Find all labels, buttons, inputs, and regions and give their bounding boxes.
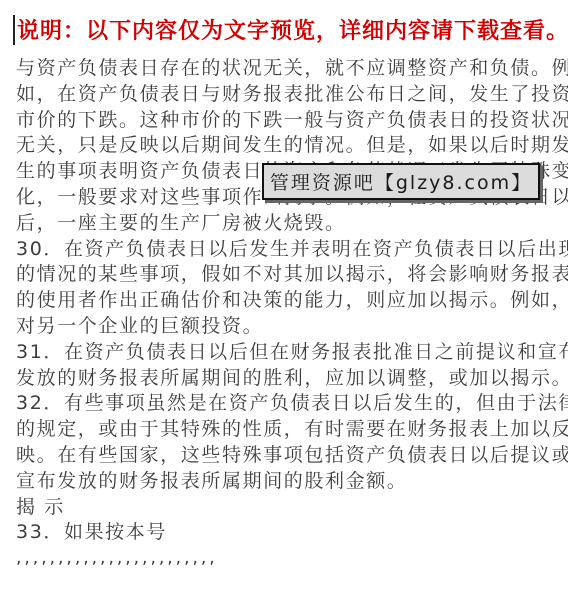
text-line: 的使用者作出正确估价和决策的能力，则应加以揭示。例如， — [16, 288, 568, 314]
text-line: 的规定，或由于其特殊的性质，有时需要在财务报表上加以反 — [16, 417, 568, 443]
text-cursor — [13, 15, 15, 45]
text-line: 后，一座主要的生产厂房被火烧毁。 — [16, 211, 568, 237]
text-line: 市价的下跌。这种市价的下跌一般与资产负债表日的投资状况 — [16, 108, 568, 134]
text-line: 32．有些事项虽然是在资产负债表日以后发生的，但由于法律 — [16, 391, 568, 417]
document-preview-page: 说明：以下内容仅为文字预览，详细内容请下载查看。 与资产负债表日存在的状况无关，… — [0, 0, 578, 600]
text-line: 33．如果按本号 — [16, 520, 568, 546]
text-line: ,,,,,,,,,,,,,,,,,,,,,,,, — [16, 546, 568, 572]
text-line: 发放的财务报表所属期间的胜利，应加以调整，或加以揭示。 — [16, 366, 568, 392]
text-line: 映。在有些国家，这些特殊事项包括资产负债表日以后提议或 — [16, 443, 568, 469]
text-line: 的情况的某些事项，假如不对其加以揭示，将会影响财务报表 — [16, 262, 568, 288]
text-line: 宣布发放的财务报表所属期间的股利金额。 — [16, 469, 568, 495]
text-line: 31．在资产负债表日以后但在财务报表批准日之前提议和宣布 — [16, 340, 568, 366]
document-body: 与资产负债表日存在的状况无关，就不应调整资产和负债。例如，在资产负债表日与财务报… — [16, 56, 568, 572]
watermark-badge: 管理资源吧【glzy8.com】 — [262, 163, 540, 200]
text-line: 与资产负债表日存在的状况无关，就不应调整资产和负债。例 — [16, 56, 568, 82]
preview-notice-row: 说明：以下内容仅为文字预览，详细内容请下载查看。 — [13, 14, 569, 45]
text-line: 揭 示 — [16, 495, 568, 521]
watermark-text: 管理资源吧【glzy8.com】 — [270, 168, 532, 195]
text-line: 30．在资产负债表日以后发生并表明在资产负债表日以后出现 — [16, 237, 568, 263]
text-line: 对另一个企业的巨额投资。 — [16, 314, 568, 340]
preview-notice: 说明：以下内容仅为文字预览，详细内容请下载查看。 — [17, 14, 569, 45]
text-line: 无关，只是反映以后期间发生的情况。但是，如果以后时期发 — [16, 133, 568, 159]
text-line: 如，在资产负债表日与财务报表批准公布日之间，发生了投资 — [16, 82, 568, 108]
